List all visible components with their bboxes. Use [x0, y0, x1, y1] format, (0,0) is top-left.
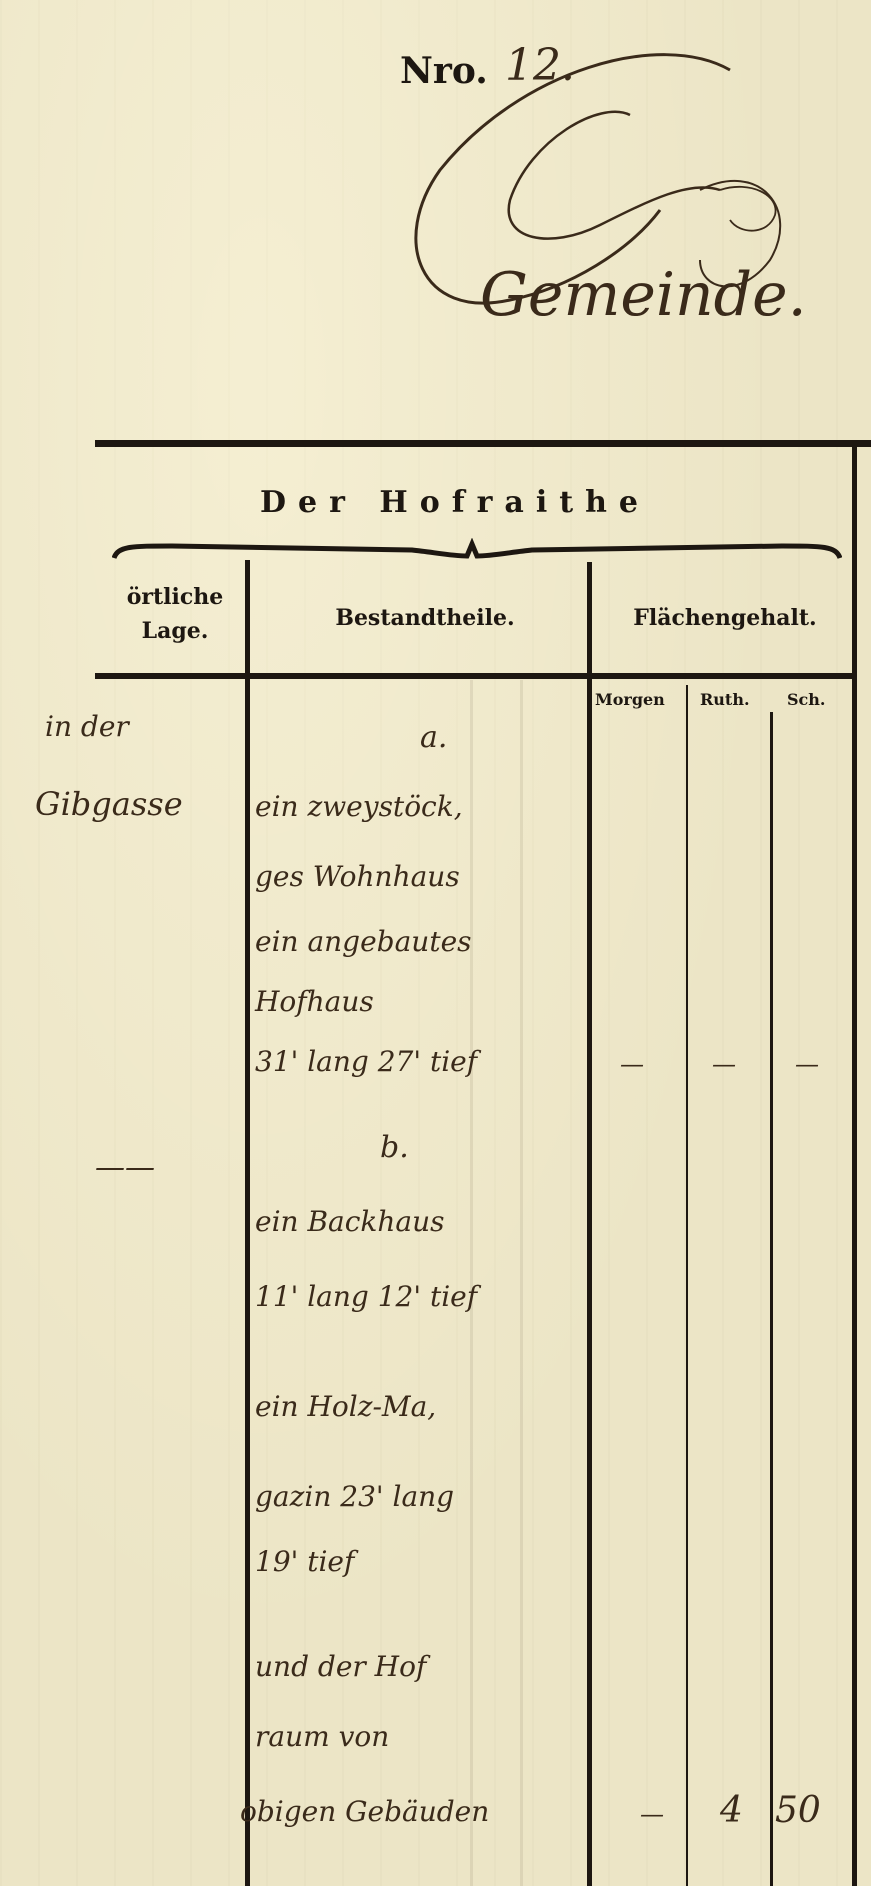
entry-b-schuh: 50: [775, 1790, 821, 1831]
column-header-area: Flächengehalt.: [600, 605, 850, 631]
entry-a-morgen: —: [620, 1050, 644, 1078]
group-header: Der Hofraithe: [260, 485, 650, 520]
subcol-sep-1: [686, 685, 688, 1886]
entry-a-line-1: ein zweystöck,: [255, 790, 463, 823]
entry-b-line-8: obigen Gebäuden: [240, 1795, 489, 1828]
location-dash-b: ——: [95, 1150, 155, 1185]
location-line-2: Gibgasse: [35, 785, 183, 823]
faint-guide: [520, 680, 523, 1886]
header-bottom-rule: [95, 673, 852, 679]
entry-a-line-2: ges Wohnhaus: [255, 860, 460, 893]
entry-a-ruthen: —: [712, 1050, 736, 1078]
municipality-label: Gemeinde.: [480, 260, 807, 330]
column-header-location: örtliche Lage.: [105, 580, 245, 648]
entry-letter-b: b.: [380, 1130, 409, 1165]
entry-a-schuh: —: [795, 1050, 819, 1078]
location-line-1: in der: [45, 710, 129, 743]
entry-a-line-3: ein angebautes: [255, 925, 472, 958]
entry-b-line-1: ein Backhaus: [255, 1205, 445, 1238]
table-right-rule: [852, 440, 857, 1886]
column-header-components: Bestandtheile.: [260, 605, 590, 631]
subcol-sep-2: [770, 712, 773, 1886]
entry-b-line-4: gazin 23' lang: [255, 1480, 454, 1513]
entry-a-line-4: Hofhaus: [255, 985, 374, 1018]
entry-b-morgen: —: [640, 1800, 664, 1828]
subcolumn-ruthen: Ruth.: [700, 690, 750, 709]
subcolumn-morgen: Morgen: [595, 690, 665, 709]
entry-b-line-7: raum von: [255, 1720, 389, 1753]
entry-b-ruthen: 4: [720, 1790, 743, 1831]
entry-b-line-6: und der Hof: [255, 1650, 426, 1683]
col-sep-components: [587, 562, 592, 1886]
brace-divider: [112, 538, 842, 568]
entry-b-line-5: 19' tief: [255, 1545, 354, 1578]
entry-b-line-2: 11' lang 12' tief: [255, 1280, 477, 1313]
col-sep-location: [245, 560, 250, 1886]
subcolumn-schuh: Sch.: [787, 690, 826, 709]
entry-b-line-3: ein Holz-Ma,: [255, 1390, 436, 1423]
table-top-rule: [95, 440, 871, 447]
entry-a-line-5: 31' lang 27' tief: [255, 1045, 477, 1078]
entry-letter-a: a.: [420, 720, 447, 755]
